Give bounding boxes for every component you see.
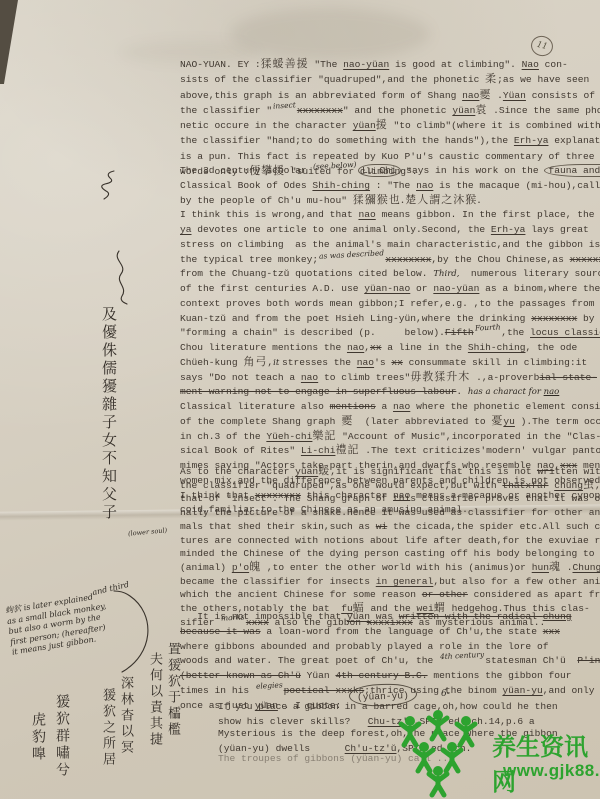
typed-line: the classifier "quadruped",as one would …: [180, 478, 600, 492]
typed-line: because it was a loan-word from the lang…: [180, 624, 600, 639]
typed-line: NAO-YUAN. EY :猱蝯善援 "The nao-yüan is good…: [180, 56, 600, 71]
typed-line: the typical tree monkey;as was described…: [180, 252, 600, 267]
typed-line: The 3d century scholar (see below)Lu Chi…: [180, 163, 600, 178]
typed-line: I think this is wrong,and that nao means…: [180, 207, 600, 222]
typed-line: the classifier "insectxxxxxxxx" and the …: [180, 102, 600, 117]
typed-line: of the complete Shang graph 夒 (later abb…: [180, 414, 600, 429]
typed-line: Chou literature mentions the nao,xx a li…: [180, 340, 600, 355]
typed-line: Kuan-tzŭ and from the poet Hsieh Ling-yü…: [180, 311, 600, 326]
margin-cjk-column: 猨狖群嘯兮: [55, 694, 69, 779]
typed-line: is a pun. This fact is repeated by Kuo P…: [180, 148, 600, 163]
typed-line: woods and water. The great poet of Ch'u,…: [180, 653, 600, 668]
typed-paragraph: As to the character yüan蝯,it is signific…: [180, 464, 600, 628]
typed-line: It is not impossible that yüan was writt…: [180, 609, 600, 624]
typed-line: netic occure in the character yüan援 "to …: [180, 117, 600, 132]
watermark-people-logo-icon: [382, 712, 494, 798]
typed-line: became the classifier for insects in gen…: [180, 574, 600, 588]
typed-line: (better known as Ch'ü Yüan 4th century B…: [180, 668, 600, 683]
typed-line: that of "insect". The Shang graph of thi…: [180, 491, 600, 505]
margin-cjk-column: 虎豹嘷: [31, 712, 45, 763]
typed-line: in ch.3 of the Yüeh-chi樂記 "Account of Mu…: [180, 429, 600, 444]
typed-line: sists of the classifier "quadruped",and …: [180, 71, 600, 86]
typed-line: where gibbons abounded and probably play…: [180, 639, 600, 654]
typed-line: context proves both words mean gibbon;I …: [180, 296, 600, 311]
typed-line: mals that shed their skin,such as wi the…: [180, 519, 600, 533]
handwritten-wavy-line-icon: [110, 250, 130, 306]
typed-line: from the Chuang-tzŭ quotations cited bel…: [180, 266, 600, 281]
margin-six-mark: 6-: [441, 689, 450, 699]
typed-line: of the first centuries A.D. use yüan-nao…: [180, 281, 600, 296]
typed-line: ment warning not to engage in superfluou…: [180, 384, 600, 399]
typed-line: As to the character yüan蝯,it is signific…: [180, 464, 600, 478]
typed-line: minded the Chinese of the dying person c…: [180, 546, 600, 560]
typed-line: Chüeh-kung 角弓,it stresses the nao's xx c…: [180, 355, 600, 370]
margin-cjk-column: 夫何以責其捷: [148, 652, 161, 748]
typed-line: stress on climbing as the animal's main …: [180, 237, 600, 252]
typed-line: "forming a chain" is described (p. below…: [180, 325, 600, 340]
margin-cjk-column: 猨狖之所居: [101, 688, 114, 768]
watermark-site-url: www.gjk88.com: [503, 761, 600, 781]
typed-line: tures are connected with notions about l…: [180, 533, 600, 547]
typed-line: ya devotes one article to one animal onl…: [180, 222, 600, 237]
typed-line: (animal) p'o魄 ,to enter the other world …: [180, 560, 600, 574]
typescript: NAO-YUAN. EY :猱蝯善援 "The nao-yüan is good…: [0, 0, 600, 799]
typed-line: sical Book of Rites" Li-chi禮記 .The text …: [180, 443, 600, 458]
yuan-yu-label: (yüan-yu): [357, 690, 409, 703]
typed-line: Classical literature also mentions a nao…: [180, 399, 600, 414]
margin-cjk-column: 及優侏儒獶雜子女不知父子: [101, 306, 116, 522]
margin-cjk-column: 深林杳以冥: [119, 676, 132, 756]
typed-line: the classifier "hand;to do something wit…: [180, 132, 600, 147]
typed-line: by the people of Ch'u mu-hou" 猱獼猴也.楚人謂之沐…: [180, 193, 600, 208]
typed-line: nally the picture of a snake.Hence it wa…: [180, 505, 600, 519]
typed-paragraph: NAO-YUAN. EY :猱蝯善援 "The nao-yüan is good…: [180, 56, 600, 178]
handwritten-squiggle-icon: [96, 168, 122, 204]
typed-line: Classical Book of Odes Shih-ching : "The…: [180, 178, 600, 193]
typed-line: says "Do not teach a nao to climb trees"…: [180, 370, 600, 385]
typed-line: above,this graph is an abbreviated form …: [180, 87, 600, 102]
document-photo: 11 NAO-YUAN. EY :猱蝯善援 "The nao-yüan is g…: [0, 0, 600, 799]
typed-line: which the ancient Chinese for some reaso…: [180, 587, 600, 601]
margin-cjk-column: 置猨狖于櫺檻: [166, 642, 179, 738]
